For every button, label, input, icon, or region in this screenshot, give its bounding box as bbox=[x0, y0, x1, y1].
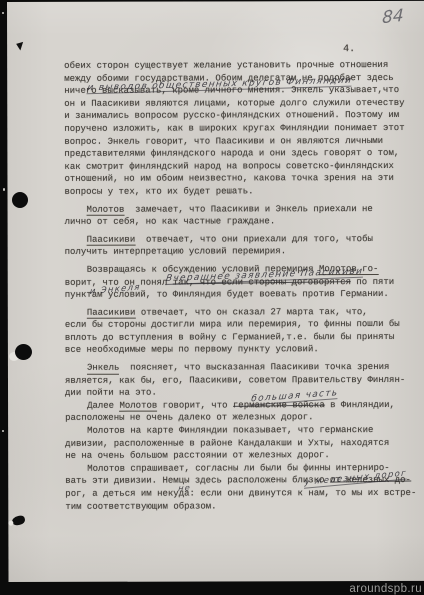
text-line: лично от себя, но как частные граждане. bbox=[65, 215, 417, 229]
text-line: если бы стороны достигли мира или переми… bbox=[65, 318, 417, 332]
page-number: 4. bbox=[343, 44, 355, 55]
struck-text: германские войска bbox=[233, 400, 325, 410]
border-speck bbox=[2, 430, 4, 432]
typed-text: как смотрит финляндский народ на вопросы… bbox=[64, 161, 393, 172]
text-line: как смотрит финляндский народ на вопросы… bbox=[64, 160, 416, 174]
typed-text: отношений, но им обоим неизвестно, каков… bbox=[64, 173, 393, 184]
typed-text: дии пойти на это. bbox=[65, 388, 157, 398]
text-line: пунктам условий, то Финляндия будет воев… bbox=[65, 288, 417, 302]
typed-text: ворит, что он понял bbox=[65, 277, 173, 287]
text-line: не на очень большом расстоянии от железн… bbox=[65, 449, 417, 463]
paragraph: Паасикиви отвечает, что они приехали для… bbox=[65, 233, 417, 259]
typed-text: Молотов спрашивает, согласны ли были бы … bbox=[87, 463, 389, 474]
text-line: обеих сторон существует желание установи… bbox=[64, 59, 416, 73]
text-line: вплоть до вступления в войну с Германией… bbox=[65, 331, 417, 345]
typed-text: ничего высказывать, кроме личного мнения… bbox=[64, 85, 399, 96]
text-line: Молотов на карте Финляндии показывает, ч… bbox=[65, 424, 417, 438]
typed-text: если бы стороны достигли мира или переми… bbox=[65, 319, 400, 330]
paragraph: Далее Молотов говорит, что германские во… bbox=[65, 399, 417, 425]
paragraph: обеих сторон существует желание установи… bbox=[64, 59, 416, 198]
handwritten-annotations-layer: и выводов общественных кругов ФинляндииВ… bbox=[7, 1, 424, 2]
punch-hole-top bbox=[12, 192, 28, 208]
text-line: Молотов замечает, что Паасикиви и Энкель… bbox=[65, 202, 417, 216]
text-line: вопрос. Энкель говорит, что Паасикиви и … bbox=[64, 134, 416, 148]
paragraph: Молотов замечает, что Паасикиви и Энкель… bbox=[65, 202, 417, 228]
document-page: 4. 84 обеих сторон существует желание ус… bbox=[7, 1, 424, 582]
typed-text: вать эти дивизии. Немцы здесь расположен… bbox=[65, 476, 330, 487]
typed-text: получить интерпретацию условий перемирия… bbox=[65, 247, 286, 258]
typed-text: лично от себя, но как частные граждане. bbox=[65, 216, 276, 227]
text-line: получить интерпретацию условий перемирия… bbox=[65, 245, 417, 259]
typed-text: пунктам условий, то Финляндия будет воев… bbox=[65, 289, 389, 300]
typed-text: Возвращаясь к обсуждению условий перемир… bbox=[87, 264, 319, 275]
watermark: aroundspb.ru bbox=[349, 583, 422, 595]
typed-text: вопрос. Энкель говорит, что Паасикиви и … bbox=[64, 136, 383, 147]
text-line: дивизии, расположенные в районе Кандалак… bbox=[65, 437, 417, 451]
speaker-name: Паасикиви bbox=[87, 234, 136, 246]
paragraph: Молотов на карте Финляндии показывает, ч… bbox=[65, 424, 417, 463]
text-line: Возвращаясь к обсуждению условий перемир… bbox=[65, 263, 417, 277]
text-line: он и Паасикиви являются лицами, которые … bbox=[64, 97, 416, 111]
paragraph: Паасикиви отвечает, что он сказал 27 мар… bbox=[65, 306, 417, 357]
speaker-name: Паасикиви bbox=[87, 307, 136, 319]
typed-text: говорит, что bbox=[157, 400, 233, 410]
text-line: поручено изложить, как в широких кругах … bbox=[64, 122, 416, 136]
typed-text: и занимались вопросом русско-финляндских… bbox=[64, 110, 399, 121]
text-line: Молотов спрашивает, согласны ли были бы … bbox=[65, 462, 417, 476]
typed-text: между обоими государствами. Обоим делега… bbox=[64, 73, 393, 84]
text-line: все необходимые меры по первому пункту у… bbox=[65, 343, 417, 357]
text-line: является, как бы, его, Паасикиви, совето… bbox=[65, 374, 417, 388]
typed-text: поручено изложить, как в широких кругах … bbox=[64, 123, 404, 134]
speaker-name: Молотов bbox=[119, 400, 157, 412]
text-line: Паасикиви отвечает, что он сказал 27 мар… bbox=[65, 306, 417, 320]
typed-text: является, как бы, его, Паасикиви, совето… bbox=[65, 375, 405, 386]
paragraph: Возвращаясь к обсуждению условий перемир… bbox=[65, 263, 417, 302]
typed-text: Далее bbox=[87, 401, 119, 411]
text-line: тим соответствующим образом. bbox=[65, 500, 417, 514]
typed-text: поясняет, что высказанная Паасикиви точк… bbox=[119, 362, 389, 373]
typed-text: отвечает, что они приехали для того, что… bbox=[135, 234, 373, 245]
text-line: отношений, но им обоим неизвестно, каков… bbox=[64, 172, 416, 186]
speaker-name: Молотов bbox=[87, 204, 125, 216]
typed-text: расположены не очень далеко от железных … bbox=[65, 413, 313, 424]
text-line: рог, а деться им некуда: если они двинут… bbox=[65, 487, 417, 501]
punch-hole-bottom bbox=[15, 344, 32, 360]
typed-text-block: обеих сторон существует желание установи… bbox=[64, 59, 417, 513]
text-line: дии пойти на это. bbox=[65, 386, 417, 400]
text-line: расположены не очень далеко от железных … bbox=[65, 411, 417, 425]
typed-text: обеих сторон существует желание установи… bbox=[64, 60, 388, 71]
scanned-document: 4. 84 обеих сторон существует желание ус… bbox=[0, 0, 424, 595]
typed-text: по пяти bbox=[351, 276, 394, 286]
typed-text: дивизии, расположенные в районе Кандалак… bbox=[65, 438, 389, 449]
typed-text: в Финляндии, bbox=[325, 400, 395, 410]
text-line: между обоими государствами. Обоим делега… bbox=[64, 72, 416, 86]
text-line: ничего высказывать, кроме личного мнения… bbox=[64, 84, 416, 98]
text-line: Далее Молотов говорит, что германские во… bbox=[65, 399, 417, 413]
text-line: вопросы у тех, кто их будет решать. bbox=[64, 185, 416, 199]
paragraph: Энкель поясняет, что высказанная Паасики… bbox=[65, 361, 417, 400]
typed-text: все необходимые меры по первому пункту у… bbox=[65, 345, 319, 356]
typed-text: тим соответствующим образом. bbox=[65, 501, 216, 511]
struck-text: так, что если стороны договорятся bbox=[173, 277, 351, 287]
text-line: Паасикиви отвечает, что они приехали для… bbox=[65, 233, 417, 247]
typed-text: замечает, что Паасикиви и Энкель приехал… bbox=[124, 204, 372, 215]
typed-text: вплоть до вступления в войну с Германией… bbox=[65, 332, 394, 343]
border-speck bbox=[2, 12, 4, 14]
typed-text: рог, а деться им некуда: если они двинут… bbox=[65, 488, 416, 499]
text-line: представителями финляндского народа и он… bbox=[64, 147, 416, 161]
paragraph: Молотов спрашивает, согласны ли были бы … bbox=[65, 462, 417, 513]
typed-text: представителями финляндского народа и он… bbox=[64, 148, 399, 159]
typed-text: не на очень большом расстоянии от железн… bbox=[65, 450, 330, 461]
struck-text: от железных до- bbox=[330, 475, 411, 485]
border-speck bbox=[3, 188, 5, 191]
text-line: и занимались вопросом русско-финляндских… bbox=[64, 109, 416, 123]
typed-text: Молотов на карте Финляндии показывает, ч… bbox=[87, 425, 373, 436]
text-line: Энкель поясняет, что высказанная Паасики… bbox=[65, 361, 417, 375]
handwritten-page-number: 84 bbox=[382, 6, 404, 29]
text-line: вать эти дивизии. Немцы здесь расположен… bbox=[65, 474, 417, 488]
typed-text: вопросы у тех, кто их будет решать. bbox=[64, 186, 253, 196]
typed-text: отвечает, что он сказал 27 марта так, чт… bbox=[135, 307, 367, 318]
text-line: ворит, что он понял так, что если сторон… bbox=[65, 275, 417, 289]
typed-text: он и Паасикиви являются лицами, которые … bbox=[64, 98, 404, 109]
speaker-name: Молотов го- bbox=[319, 264, 378, 276]
speaker-name: Энкель bbox=[87, 363, 119, 375]
